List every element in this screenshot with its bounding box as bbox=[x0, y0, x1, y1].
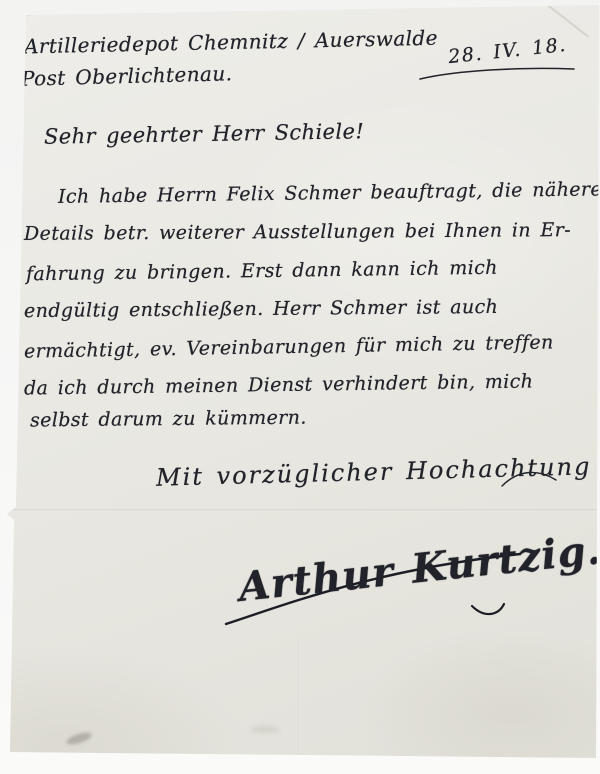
top-left-corner-crease bbox=[27, 3, 43, 17]
horizontal-fold-crease bbox=[10, 509, 596, 512]
body-line: da ich durch meinen Dienst verhindert bi… bbox=[24, 370, 534, 399]
body-line: Ich habe Herrn Felix Schmer beauftragt, … bbox=[58, 178, 600, 208]
salutation: Sehr geehrter Herr Schiele! bbox=[44, 119, 365, 149]
vertical-fold-crease bbox=[298, 636, 300, 756]
body-line: fahrung zu bringen. Erst dann kann ich m… bbox=[26, 257, 498, 286]
sender-address-line-2: Post Oberlichtenau. bbox=[21, 61, 233, 91]
sender-address-line-1: Artilleriedepot Chemnitz / Auerswalde bbox=[24, 26, 438, 59]
body-line: Details betr. weiterer Ausstellungen bei… bbox=[24, 219, 571, 245]
closing-flourish bbox=[500, 466, 560, 496]
body-line: selbst darum zu kümmern. bbox=[30, 407, 307, 432]
letter-paper: Artilleriedepot Chemnitz / Auerswalde Po… bbox=[0, 0, 600, 774]
top-right-corner-crease bbox=[547, 4, 589, 38]
letter-photo: Artilleriedepot Chemnitz / Auerswalde Po… bbox=[0, 0, 600, 774]
date-underline-flourish bbox=[418, 66, 576, 82]
body-line: ermächtigt, ev. Vereinbarungen für mich … bbox=[24, 331, 554, 362]
paper-stain bbox=[250, 726, 280, 733]
letter-date: 28. IV. 18. bbox=[447, 34, 568, 68]
ink-smudge bbox=[65, 730, 93, 747]
body-line: endgültig entschließen. Herr Schmer ist … bbox=[24, 296, 498, 322]
